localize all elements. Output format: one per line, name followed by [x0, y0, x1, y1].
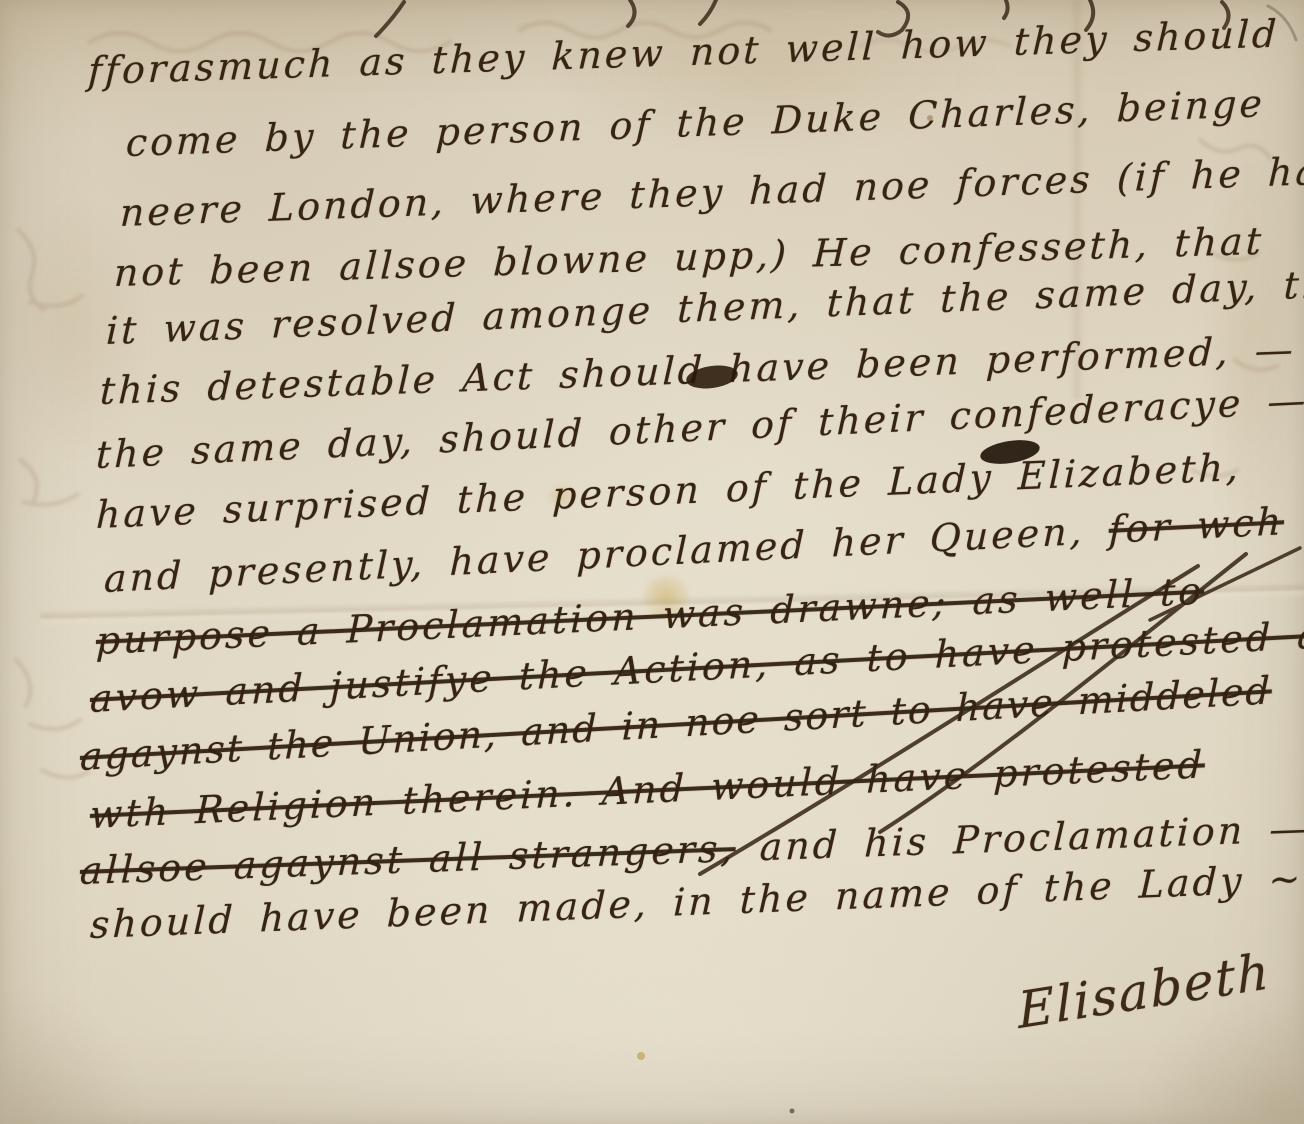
corner-shadow	[1150, 1000, 1304, 1124]
line-text: come by the person of the Duke Charles, …	[125, 81, 1266, 165]
corner-shadow	[0, 1000, 130, 1124]
signature-elisabeth: Elisabeth	[1016, 942, 1272, 1040]
speck	[790, 1109, 795, 1114]
manuscript-line-2: come by the person of the Duke Charles, …	[125, 80, 1266, 166]
line-text: fforasmuch as they knew not well how the…	[87, 9, 1304, 93]
manuscript-line-1: fforasmuch as they knew not well how the…	[87, 8, 1304, 94]
struck-text: for wch	[1108, 499, 1284, 552]
manuscript-page: fforasmuch as they knew not well how the…	[0, 0, 1304, 1124]
speck	[637, 1052, 645, 1060]
